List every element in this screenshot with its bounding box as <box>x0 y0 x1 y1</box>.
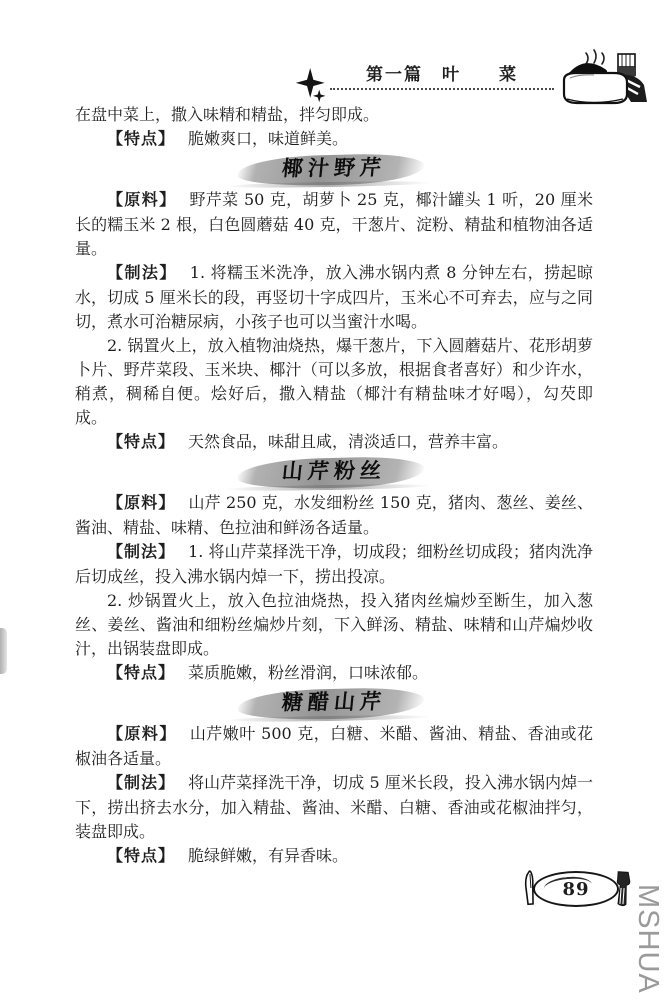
feature-line: 【特点】脆绿鲜嫩，有异香味。 <box>75 844 593 869</box>
feature-text: 菜质脆嫩，粉丝滑润，口味浓郁。 <box>188 663 428 682</box>
recipe-title-block: 糖醋山芹 <box>75 686 593 722</box>
book-page: 第一篇 叶 菜 在盘中菜上，撒入味精和精盐，拌匀即成。 【特点】脆嫩爽口，味道鲜… <box>0 0 664 1001</box>
chapter-header: 第一篇 叶 菜 <box>294 48 650 98</box>
page-footer: 89 <box>523 870 631 908</box>
brush-stroke-banner: 椰汁野芹 <box>252 152 416 188</box>
recipe-title-block: 山芹粉丝 <box>75 455 593 491</box>
watermark-text: MSHUA <box>633 884 662 994</box>
chef-pot-icon <box>556 48 650 110</box>
chapter-title: 第一篇 叶 菜 <box>366 65 518 85</box>
ingredients-line: 【原料】野芹菜 50 克，胡萝卜 25 克，椰汁罐头 1 听，20 厘米长的糯玉… <box>75 188 593 261</box>
scan-artifact <box>0 628 7 674</box>
recipe-title: 糖醋山芹 <box>281 690 387 715</box>
feature-label: 【特点】 <box>107 848 175 865</box>
fork-icon <box>612 869 633 908</box>
method-text: 2. 炒锅置火上，放入色拉油烧热，投入猪肉丝煸炒至断生，加入葱丝、姜丝、酱油和细… <box>75 591 593 658</box>
intro-text: 在盘中菜上，撒入味精和精盐，拌匀即成。 <box>75 105 379 124</box>
method-label: 【制法】 <box>107 544 175 561</box>
sparkle-icon <box>294 66 330 106</box>
header-dotted-rule: 第一篇 叶 菜 <box>330 60 554 90</box>
method-step: 【制法】1. 将糯玉米洗净，放入沸水锅内煮 8 分钟左右，捞起晾水，切成 5 厘… <box>75 261 593 334</box>
method-label: 【制法】 <box>107 775 175 792</box>
feature-line: 【特点】天然食品，味甜且咸，清淡适口，营养丰富。 <box>75 430 593 455</box>
feature-label: 【特点】 <box>107 131 175 148</box>
method-step: 2. 炒锅置火上，放入色拉油烧热，投入猪肉丝煸炒至断生，加入葱丝、姜丝、酱油和细… <box>75 589 593 661</box>
intro-paragraph: 在盘中菜上，撒入味精和精盐，拌匀即成。 <box>75 103 593 127</box>
feature-text: 天然食品，味甜且咸，清淡适口，营养丰富。 <box>188 432 508 451</box>
ingredients-label: 【原料】 <box>107 726 177 743</box>
feature-text: 脆绿鲜嫩，有异香味。 <box>188 846 348 865</box>
brush-stroke-banner: 山芹粉丝 <box>252 455 416 491</box>
plate-icon: 89 <box>533 871 619 907</box>
recipe-title: 山芹粉丝 <box>281 459 387 484</box>
intro-feature-line: 【特点】脆嫩爽口，味道鲜美。 <box>75 127 593 152</box>
feature-label: 【特点】 <box>107 434 175 451</box>
recipe-title-block: 椰汁野芹 <box>75 152 593 188</box>
method-step: 2. 锅置火上，放入植物油烧热，爆干葱片，下入圆蘑菇片、花形胡萝卜片、野芹菜段、… <box>75 334 593 430</box>
brush-stroke-banner: 糖醋山芹 <box>252 686 416 722</box>
ingredients-label: 【原料】 <box>107 495 176 512</box>
ingredients-line: 【原料】山芹 250 克，水发细粉丝 150 克，猪肉、葱丝、姜丝、酱油、精盐、… <box>75 491 593 540</box>
feature-line: 【特点】菜质脆嫩，粉丝滑润，口味浓郁。 <box>75 661 593 686</box>
page-content: 在盘中菜上，撒入味精和精盐，拌匀即成。 【特点】脆嫩爽口，味道鲜美。 椰汁野芹 … <box>75 103 593 869</box>
recipe-title: 椰汁野芹 <box>281 156 387 181</box>
method-step: 【制法】将山芹菜择洗干净，切成 5 厘米长段，投入沸水锅内焯一下，捞出挤去水分，… <box>75 771 593 844</box>
page-number: 89 <box>562 879 589 900</box>
method-label: 【制法】 <box>107 265 177 282</box>
method-text: 2. 锅置火上，放入植物油烧热，爆干葱片，下入圆蘑菇片、花形胡萝卜片、野芹菜段、… <box>75 336 593 427</box>
method-step: 【制法】1. 将山芹菜择洗干净，切成段；细粉丝切成段；猪肉洗净后切成丝，投入沸水… <box>75 540 593 589</box>
ingredients-label: 【原料】 <box>107 192 176 209</box>
feature-text: 脆嫩爽口，味道鲜美。 <box>188 129 348 148</box>
feature-label: 【特点】 <box>107 665 175 682</box>
ingredients-line: 【原料】山芹嫩叶 500 克，白糖、米醋、酱油、精盐、香油或花椒油各适量。 <box>75 722 593 771</box>
